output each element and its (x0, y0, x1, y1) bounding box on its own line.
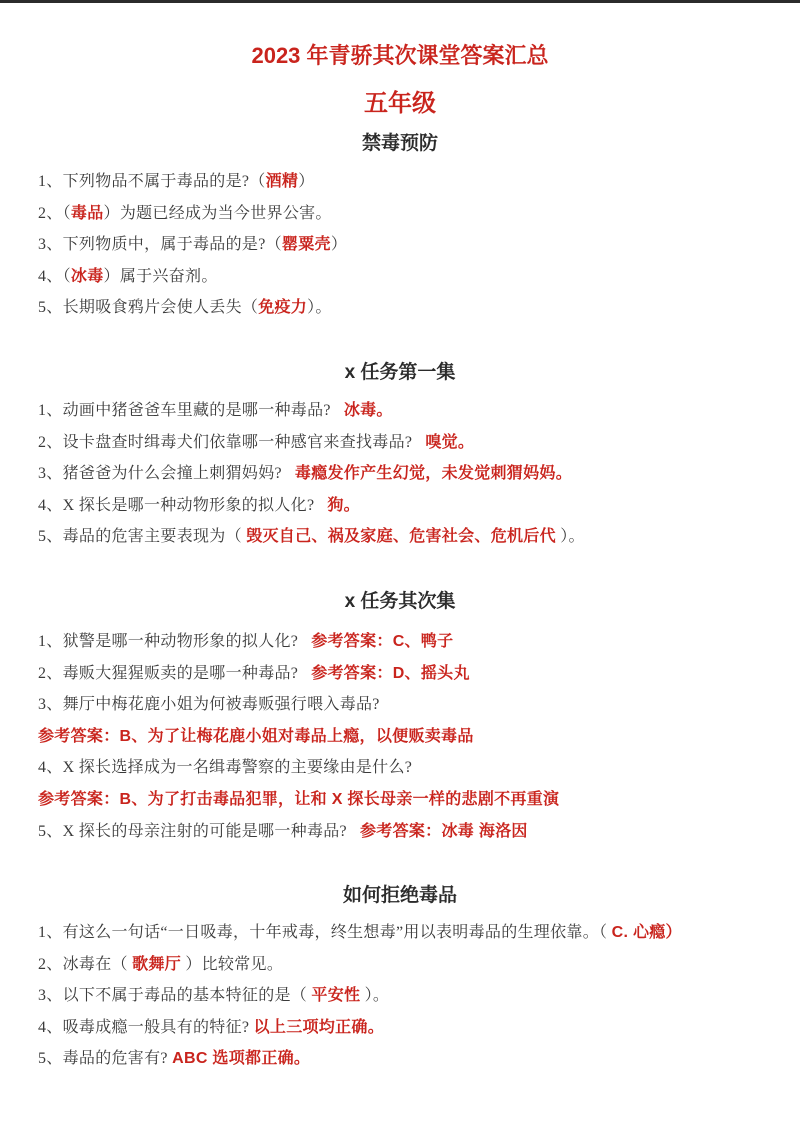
answer-text: 毁灭自己、祸及家庭、危害社会、危机后代 (246, 528, 556, 545)
question-text: 3、下列物质中，属于毒品的是?（ (38, 236, 282, 253)
text-line: 4、（冰毒）属于兴奋剂。 (38, 261, 762, 293)
answer-text: C. 心瘾） (612, 924, 682, 941)
text-line: 1、有这么一句话“一日吸毒，十年戒毒，终生想毒”用以表明毒品的生理依靠。（ C.… (38, 917, 762, 949)
text-line: 1、狱警是哪一种动物形象的拟人化?参考答案：C、鸭子 (38, 626, 762, 658)
text-line: 1、动画中猪爸爸车里藏的是哪一种毒品?冰毒。 (38, 395, 762, 427)
text-line: 4、X 探长是哪一种动物形象的拟人化?狗。 (38, 490, 762, 522)
section-lines: 1、狱警是哪一种动物形象的拟人化?参考答案：C、鸭子2、毒贩大猩猩贩卖的是哪一种… (38, 626, 762, 847)
question-text: 2、毒贩大猩猩贩卖的是哪一种毒品? (38, 665, 298, 682)
text-line: 4、吸毒成瘾一般具有的特征? 以上三项均正确。 (38, 1012, 762, 1044)
answer-text: 参考答案：B、为了让梅花鹿小姐对毒品上瘾，以便贩卖毒品 (38, 728, 474, 745)
section-heading: 如何拒绝毒品 (38, 883, 762, 909)
page-subtitle-grade: 五年级 (38, 90, 762, 118)
text-line: 参考答案：B、为了打击毒品犯罪，让和 X 探长母亲一样的悲剧不再重演 (38, 784, 762, 816)
question-text: ） (298, 173, 314, 190)
text-line: 参考答案：B、为了让梅花鹿小姐对毒品上瘾，以便贩卖毒品 (38, 721, 762, 753)
text-line: 1、下列物品不属于毒品的是?（酒精） (38, 166, 762, 198)
section-task-episode-1: x 任务第一集 1、动画中猪爸爸车里藏的是哪一种毒品?冰毒。2、设卡盘查时缉毒犬… (38, 360, 762, 553)
question-text: 3、以下不属于毒品的基本特征的是（ (38, 987, 311, 1004)
answer-text: 毒瘾发作产生幻觉，未发觉刺猬妈妈。 (295, 465, 572, 482)
question-text: 2、冰毒在（ (38, 956, 132, 973)
text-line: 2、设卡盘查时缉毒犬们依靠哪一种感官来查找毒品?嗅觉。 (38, 427, 762, 459)
answer-text: ABC 选项都正确。 (172, 1050, 310, 1067)
question-text: 1、狱警是哪一种动物形象的拟人化? (38, 633, 298, 650)
section-drug-prevention: 禁毒预防 1、下列物品不属于毒品的是?（酒精）2、（毒品）为题已经成为当今世界公… (38, 131, 762, 324)
text-line: 2、冰毒在（ 歌舞厅 ）比较常见。 (38, 949, 762, 981)
question-text: 3、舞厅中梅花鹿小姐为何被毒贩强行喂入毒品? (38, 696, 380, 713)
answer-text: 罂粟壳 (282, 236, 331, 253)
page-title: 2023 年青骄其次课堂答案汇总 (38, 43, 762, 69)
answer-text: 冰毒 (71, 268, 104, 285)
question-text: ）。 (307, 299, 332, 316)
question-text: 2、（ (38, 205, 71, 222)
question-text: ）为题已经成为当今世界公害。 (104, 205, 332, 222)
section-how-to-refuse-drugs: 如何拒绝毒品 1、有这么一句话“一日吸毒，十年戒毒，终生想毒”用以表明毒品的生理… (38, 883, 762, 1075)
question-text: 3、猪爸爸为什么会撞上刺猬妈妈? (38, 465, 282, 482)
question-text: 1、有这么一句话“一日吸毒，十年戒毒，终生想毒”用以表明毒品的生理依靠。（ (38, 924, 612, 941)
question-text: 5、长期吸食鸦片会使人丢失（ (38, 299, 258, 316)
answer-text: 毒品 (71, 205, 104, 222)
question-text: 4、X 探长是哪一种动物形象的拟人化? (38, 497, 314, 514)
section-heading: 禁毒预防 (38, 131, 762, 157)
document-page: 2023 年青骄其次课堂答案汇总 五年级 禁毒预防 1、下列物品不属于毒品的是?… (0, 43, 800, 1075)
text-line: 5、毒品的危害主要表现为（ 毁灭自己、祸及家庭、危害社会、危机后代 ）。 (38, 521, 762, 553)
text-line: 3、以下不属于毒品的基本特征的是（ 平安性 ）。 (38, 980, 762, 1012)
answer-text: 嗅觉。 (425, 434, 474, 451)
text-line: 2、（毒品）为题已经成为当今世界公害。 (38, 198, 762, 230)
section-lines: 1、下列物品不属于毒品的是?（酒精）2、（毒品）为题已经成为当今世界公害。3、下… (38, 166, 762, 324)
text-line: 3、舞厅中梅花鹿小姐为何被毒贩强行喂入毒品? (38, 689, 762, 721)
question-text: 5、毒品的危害主要表现为（ (38, 528, 246, 545)
text-line: 2、毒贩大猩猩贩卖的是哪一种毒品?参考答案：D、摇头丸 (38, 658, 762, 690)
question-text: ） (331, 236, 347, 253)
question-text: 1、动画中猪爸爸车里藏的是哪一种毒品? (38, 402, 331, 419)
text-line: 4、X 探长选择成为一名缉毒警察的主要缘由是什么? (38, 752, 762, 784)
text-line: 5、长期吸食鸦片会使人丢失（免疫力）。 (38, 292, 762, 324)
question-text: 4、（ (38, 268, 71, 285)
question-text: 1、下列物品不属于毒品的是?（ (38, 173, 266, 190)
question-text: ）属于兴奋剂。 (104, 268, 218, 285)
answer-text: 免疫力 (258, 299, 307, 316)
section-heading: x 任务第一集 (38, 360, 762, 386)
question-text: 2、设卡盘查时缉毒犬们依靠哪一种感官来查找毒品? (38, 434, 412, 451)
section-task-episode-2: x 任务其次集 1、狱警是哪一种动物形象的拟人化?参考答案：C、鸭子2、毒贩大猩… (38, 589, 762, 847)
text-line: 5、毒品的危害有? ABC 选项都正确。 (38, 1043, 762, 1075)
answer-text: 狗。 (327, 497, 360, 514)
question-text: ）。 (556, 528, 585, 545)
answer-text: 平安性 (311, 987, 360, 1004)
answer-text: 以上三项均正确。 (254, 1019, 384, 1036)
answer-text: 酒精 (266, 173, 299, 190)
question-text: 4、X 探长选择成为一名缉毒警察的主要缘由是什么? (38, 759, 412, 776)
text-line: 3、下列物质中，属于毒品的是?（罂粟壳） (38, 229, 762, 261)
question-text: 5、毒品的危害有? (38, 1050, 172, 1067)
answer-text: 参考答案：C、鸭子 (311, 633, 453, 650)
question-text: ）。 (360, 987, 389, 1004)
text-line: 5、X 探长的母亲注射的可能是哪一种毒品?参考答案：冰毒 海洛因 (38, 816, 762, 848)
answer-text: 歌舞厅 (132, 956, 181, 973)
answer-text: 参考答案：D、摇头丸 (311, 665, 470, 682)
text-line: 3、猪爸爸为什么会撞上刺猬妈妈?毒瘾发作产生幻觉，未发觉刺猬妈妈。 (38, 458, 762, 490)
section-lines: 1、有这么一句话“一日吸毒，十年戒毒，终生想毒”用以表明毒品的生理依靠。（ C.… (38, 917, 762, 1075)
section-heading: x 任务其次集 (38, 589, 762, 615)
answer-text: 参考答案：冰毒 海洛因 (360, 823, 528, 840)
answer-text: 冰毒。 (344, 402, 393, 419)
answer-text: 参考答案：B、为了打击毒品犯罪，让和 X 探长母亲一样的悲剧不再重演 (38, 791, 559, 808)
page-top-border (0, 0, 800, 3)
question-text: 5、X 探长的母亲注射的可能是哪一种毒品? (38, 823, 347, 840)
question-text: 4、吸毒成瘾一般具有的特征? (38, 1019, 254, 1036)
section-lines: 1、动画中猪爸爸车里藏的是哪一种毒品?冰毒。2、设卡盘查时缉毒犬们依靠哪一种感官… (38, 395, 762, 553)
question-text: ）比较常见。 (181, 956, 283, 973)
